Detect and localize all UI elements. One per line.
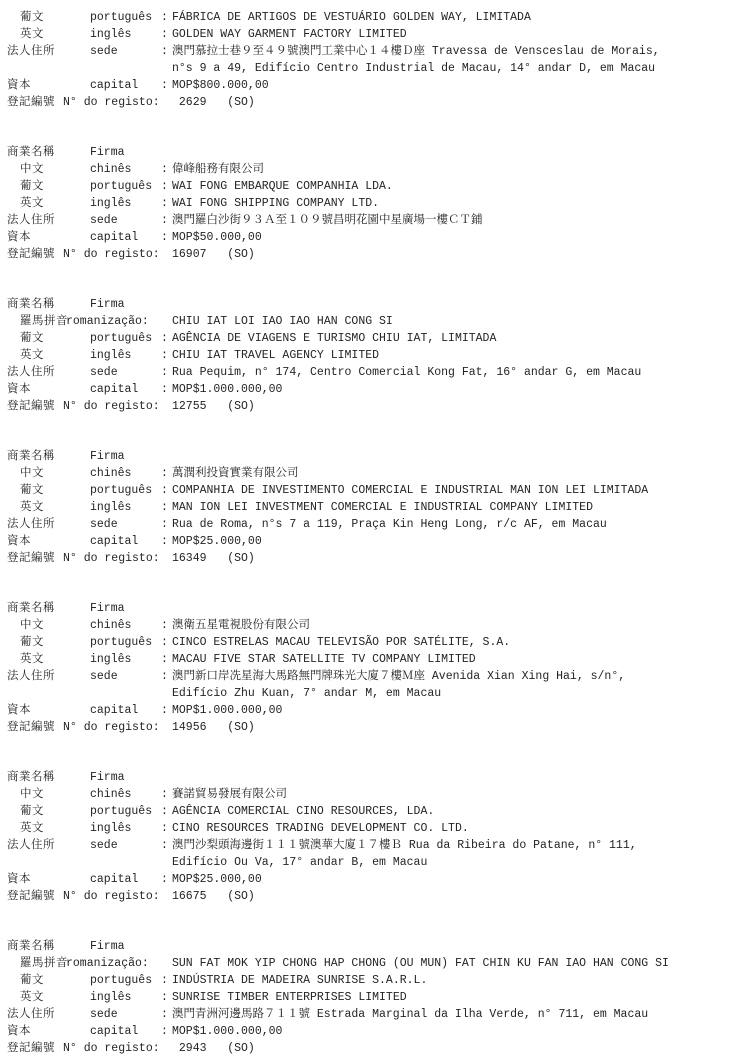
row-capital: 資本capital:MOP$1.000.000,00: [0, 702, 736, 719]
colon-separator: :: [161, 364, 168, 381]
row-ingles: 英文inglês:MAN ION LEI INVESTMENT COMERCIA…: [0, 499, 736, 516]
field-label-zh: 登記編號: [7, 550, 55, 567]
colon-separator: :: [161, 381, 168, 398]
field-value: 2943 (SO): [172, 1040, 736, 1057]
row-firma: 商業名稱Firma: [0, 144, 736, 161]
colon-separator: :: [161, 651, 168, 668]
field-value: COMPANHIA DE INVESTIMENTO COMERCIAL E IN…: [172, 482, 736, 499]
field-label-pt: chinês: [90, 161, 131, 178]
colon-separator: :: [161, 617, 168, 634]
row-portugues: 葡文português:INDÚSTRIA DE MADEIRA SUNRISE…: [0, 972, 736, 989]
field-value: 澳門沙梨頭海邊街１１１號澳華大廈１７樓Ｂ Rua da Ribeira do P…: [172, 837, 736, 871]
field-label-pt: inglês: [90, 989, 131, 1006]
colon-separator: :: [161, 161, 168, 178]
row-firma: 商業名稱Firma: [0, 769, 736, 786]
row-sede: 法人住所sede:澳門新口岸冼星海大馬路無門牌珠光大廈７樓Ｍ座 Avenida …: [0, 668, 736, 702]
field-label-zh: 英文: [20, 26, 44, 43]
field-value: 賽諾貿易發展有限公司: [172, 786, 736, 803]
field-label-pt: inglês: [90, 26, 131, 43]
field-label-zh: 法人住所: [7, 668, 55, 685]
row-registo: 登記編號N° do registo: 2943 (SO): [0, 1040, 736, 1057]
row-ingles: 英文inglês:CHIU IAT TRAVEL AGENCY LIMITED: [0, 347, 736, 364]
field-value: CINCO ESTRELAS MACAU TELEVISÃO POR SATÉL…: [172, 634, 736, 651]
field-label-zh: 英文: [20, 499, 44, 516]
field-value: AGÊNCIA COMERCIAL CINO RESOURCES, LDA.: [172, 803, 736, 820]
field-label-zh: 法人住所: [7, 1006, 55, 1023]
row-chines: 中文chinês:賽諾貿易發展有限公司: [0, 786, 736, 803]
colon-separator: :: [161, 533, 168, 550]
field-label-zh: 商業名稱: [7, 448, 55, 465]
field-label-zh: 英文: [20, 347, 44, 364]
field-label-zh: 葡文: [20, 330, 44, 347]
field-label-pt: sede: [90, 43, 118, 60]
field-label-zh: 商業名稱: [7, 938, 55, 955]
field-value: WAI FONG SHIPPING COMPANY LTD.: [172, 195, 736, 212]
field-value: Rua Pequim, n° 174, Centro Comercial Kon…: [172, 364, 736, 381]
field-value: MOP$1.000.000,00: [172, 381, 736, 398]
field-label-pt: português: [90, 482, 152, 499]
row-ingles: 英文inglês:GOLDEN WAY GARMENT FACTORY LIMI…: [0, 26, 736, 43]
field-label-zh: 英文: [20, 195, 44, 212]
field-value: AGÊNCIA DE VIAGENS E TURISMO CHIU IAT, L…: [172, 330, 736, 347]
field-label-zh: 登記編號: [7, 246, 55, 263]
field-label-pt: Firma: [90, 938, 125, 955]
field-value: Rua de Roma, n°s 7 a 119, Praça Kin Heng…: [172, 516, 736, 533]
field-label-pt: português: [90, 330, 152, 347]
field-value: CHIU IAT LOI IAO IAO HAN CONG SI: [172, 313, 736, 330]
field-value: 澳衛五星電視股份有限公司: [172, 617, 736, 634]
row-ingles: 英文inglês:WAI FONG SHIPPING COMPANY LTD.: [0, 195, 736, 212]
row-firma: 商業名稱Firma: [0, 448, 736, 465]
company-record: 商業名稱Firma羅馬拼音romanização:SUN FAT MOK YIP…: [0, 938, 736, 1057]
field-label-pt: Firma: [90, 769, 125, 786]
colon-separator: :: [161, 820, 168, 837]
row-chines: 中文chinês:萬潤利投資實業有限公司: [0, 465, 736, 482]
field-label-zh: 登記編號: [7, 719, 55, 736]
field-label-pt: N° do registo:: [63, 719, 160, 736]
field-value: MOP$25.000,00: [172, 533, 736, 550]
field-value: CHIU IAT TRAVEL AGENCY LIMITED: [172, 347, 736, 364]
field-label-pt: capital: [90, 1023, 138, 1040]
colon-separator: :: [161, 77, 168, 94]
field-label-pt: português: [90, 634, 152, 651]
field-label-pt: inglês: [90, 195, 131, 212]
colon-separator: :: [161, 1006, 168, 1023]
company-record: 商業名稱Firma羅馬拼音romanização:CHIU IAT LOI IA…: [0, 296, 736, 415]
colon-separator: :: [161, 989, 168, 1006]
field-label-pt: capital: [90, 702, 138, 719]
field-value: 12755 (SO): [172, 398, 736, 415]
field-value: 16675 (SO): [172, 888, 736, 905]
field-label-zh: 葡文: [20, 178, 44, 195]
field-label-zh: 中文: [20, 465, 44, 482]
row-sede: 法人住所sede:Rua de Roma, n°s 7 a 119, Praça…: [0, 516, 736, 533]
field-label-zh: 葡文: [20, 972, 44, 989]
field-value: MAN ION LEI INVESTMENT COMERCIAL E INDUS…: [172, 499, 736, 516]
colon-separator: :: [161, 212, 168, 229]
row-registo: 登記編號N° do registo:16675 (SO): [0, 888, 736, 905]
field-value: INDÚSTRIA DE MADEIRA SUNRISE S.A.R.L.: [172, 972, 736, 989]
colon-separator: :: [161, 465, 168, 482]
row-registo: 登記編號N° do registo: 2629 (SO): [0, 94, 736, 111]
field-label-zh: 羅馬拼音: [20, 955, 68, 972]
field-label-pt: sede: [90, 1006, 118, 1023]
field-label-zh: 葡文: [20, 482, 44, 499]
colon-separator: :: [161, 330, 168, 347]
field-value: MOP$25.000,00: [172, 871, 736, 888]
field-label-zh: 葡文: [20, 9, 44, 26]
field-value: MOP$800.000,00: [172, 77, 736, 94]
field-label-pt: inglês: [90, 347, 131, 364]
field-label-zh: 法人住所: [7, 516, 55, 533]
field-label-zh: 法人住所: [7, 43, 55, 60]
field-label-zh: 登記編號: [7, 888, 55, 905]
field-label-pt: Firma: [90, 448, 125, 465]
row-portugues: 葡文português:WAI FONG EMBARQUE COMPANHIA …: [0, 178, 736, 195]
field-label-pt: português: [90, 972, 152, 989]
field-value: MOP$1.000.000,00: [172, 702, 736, 719]
field-label-zh: 法人住所: [7, 212, 55, 229]
row-firma: 商業名稱Firma: [0, 938, 736, 955]
field-value: MOP$1.000.000,00: [172, 1023, 736, 1040]
company-record: 商業名稱Firma中文chinês:賽諾貿易發展有限公司葡文português:…: [0, 769, 736, 905]
row-sede: 法人住所sede:澳門慕拉士巷９至４９號澳門工業中心１４樓Ｄ座 Travessa…: [0, 43, 736, 77]
colon-separator: :: [161, 482, 168, 499]
colon-separator: :: [161, 178, 168, 195]
field-value: MACAU FIVE STAR SATELLITE TV COMPANY LIM…: [172, 651, 736, 668]
field-label-zh: 商業名稱: [7, 144, 55, 161]
field-label-pt: chinês: [90, 465, 131, 482]
field-label-zh: 英文: [20, 820, 44, 837]
field-label-pt: português: [90, 178, 152, 195]
row-ingles: 英文inglês:CINO RESOURCES TRADING DEVELOPM…: [0, 820, 736, 837]
field-label-pt: Firma: [90, 144, 125, 161]
field-label-zh: 資本: [7, 702, 31, 719]
field-label-pt: chinês: [90, 617, 131, 634]
field-label-pt: N° do registo:: [63, 398, 160, 415]
row-portugues: 葡文português:FÁBRICA DE ARTIGOS DE VESTUÁ…: [0, 9, 736, 26]
field-value: 2629 (SO): [172, 94, 736, 111]
row-sede: 法人住所sede:澳門沙梨頭海邊街１１１號澳華大廈１７樓Ｂ Rua da Rib…: [0, 837, 736, 871]
field-value: 澳門新口岸冼星海大馬路無門牌珠光大廈７樓Ｍ座 Avenida Xian Xing…: [172, 668, 736, 702]
row-ingles: 英文inglês:MACAU FIVE STAR SATELLITE TV CO…: [0, 651, 736, 668]
colon-separator: :: [161, 9, 168, 26]
field-label-pt: sede: [90, 364, 118, 381]
row-capital: 資本capital:MOP$25.000,00: [0, 871, 736, 888]
field-label-zh: 葡文: [20, 803, 44, 820]
field-value: 偉峰船務有限公司: [172, 161, 736, 178]
field-label-zh: 登記編號: [7, 1040, 55, 1057]
field-label-zh: 商業名稱: [7, 600, 55, 617]
colon-separator: :: [161, 195, 168, 212]
field-value: SUNRISE TIMBER ENTERPRISES LIMITED: [172, 989, 736, 1006]
colon-separator: :: [161, 786, 168, 803]
field-label-zh: 英文: [20, 989, 44, 1006]
row-romanizacao: 羅馬拼音romanização:SUN FAT MOK YIP CHONG HA…: [0, 955, 736, 972]
field-label-zh: 登記編號: [7, 398, 55, 415]
field-label-zh: 中文: [20, 161, 44, 178]
colon-separator: :: [161, 871, 168, 888]
colon-separator: :: [161, 347, 168, 364]
field-label-pt: sede: [90, 668, 118, 685]
row-capital: 資本capital:MOP$1.000.000,00: [0, 381, 736, 398]
field-value: 14956 (SO): [172, 719, 736, 736]
field-label-zh: 資本: [7, 381, 31, 398]
company-record: 商業名稱Firma中文chinês:偉峰船務有限公司葡文português:WA…: [0, 144, 736, 263]
field-label-pt: sede: [90, 516, 118, 533]
row-chines: 中文chinês:澳衛五星電視股份有限公司: [0, 617, 736, 634]
field-label-zh: 葡文: [20, 634, 44, 651]
field-value: 16349 (SO): [172, 550, 736, 567]
row-portugues: 葡文português:AGÊNCIA DE VIAGENS E TURISMO…: [0, 330, 736, 347]
field-label-pt: Firma: [90, 600, 125, 617]
field-label-zh: 資本: [7, 533, 31, 550]
field-label-pt: Firma: [90, 296, 125, 313]
colon-separator: :: [161, 972, 168, 989]
field-label-zh: 資本: [7, 1023, 31, 1040]
company-record: 商業名稱Firma中文chinês:萬潤利投資實業有限公司葡文português…: [0, 448, 736, 567]
field-label-pt: N° do registo:: [63, 94, 160, 111]
field-label-zh: 登記編號: [7, 94, 55, 111]
field-label-zh: 商業名稱: [7, 769, 55, 786]
field-value: 16907 (SO): [172, 246, 736, 263]
field-label-pt: chinês: [90, 786, 131, 803]
field-label-zh: 英文: [20, 651, 44, 668]
field-label-zh: 法人住所: [7, 837, 55, 854]
field-label-pt: português: [90, 803, 152, 820]
row-capital: 資本capital:MOP$1.000.000,00: [0, 1023, 736, 1040]
gazette-page: 葡文português:FÁBRICA DE ARTIGOS DE VESTUÁ…: [0, 0, 736, 1057]
field-label-pt: inglês: [90, 820, 131, 837]
field-value: CINO RESOURCES TRADING DEVELOPMENT CO. L…: [172, 820, 736, 837]
colon-separator: :: [161, 499, 168, 516]
company-record: 葡文português:FÁBRICA DE ARTIGOS DE VESTUÁ…: [0, 9, 736, 111]
field-value: GOLDEN WAY GARMENT FACTORY LIMITED: [172, 26, 736, 43]
field-value: WAI FONG EMBARQUE COMPANHIA LDA.: [172, 178, 736, 195]
field-label-pt: capital: [90, 77, 138, 94]
row-firma: 商業名稱Firma: [0, 296, 736, 313]
field-label-pt: capital: [90, 871, 138, 888]
field-label-pt: capital: [90, 533, 138, 550]
field-label-pt: inglês: [90, 651, 131, 668]
field-label-pt: capital: [90, 381, 138, 398]
colon-separator: :: [161, 837, 168, 854]
row-sede: 法人住所sede:澳門青洲河邊馬路７１１號 Estrada Marginal d…: [0, 1006, 736, 1023]
row-chines: 中文chinês:偉峰船務有限公司: [0, 161, 736, 178]
field-label-zh: 羅馬拼音: [20, 313, 68, 330]
colon-separator: :: [161, 634, 168, 651]
field-label-pt: sede: [90, 212, 118, 229]
field-label-pt: capital: [90, 229, 138, 246]
row-portugues: 葡文português:CINCO ESTRELAS MACAU TELEVIS…: [0, 634, 736, 651]
row-capital: 資本capital:MOP$50.000,00: [0, 229, 736, 246]
field-value: 澳門慕拉士巷９至４９號澳門工業中心１４樓Ｄ座 Travessa de Vensc…: [172, 43, 736, 77]
field-label-pt: N° do registo:: [63, 1040, 160, 1057]
field-label-pt: português: [90, 9, 152, 26]
row-sede: 法人住所sede:Rua Pequim, n° 174, Centro Come…: [0, 364, 736, 381]
row-portugues: 葡文português:COMPANHIA DE INVESTIMENTO CO…: [0, 482, 736, 499]
colon-separator: :: [161, 702, 168, 719]
row-sede: 法人住所sede:澳門羅白沙街９３Ａ至１０９號昌明花園中星廣場一樓ＣＴ鋪: [0, 212, 736, 229]
row-capital: 資本capital:MOP$25.000,00: [0, 533, 736, 550]
field-label-pt: romanização:: [66, 955, 149, 972]
field-label-zh: 資本: [7, 871, 31, 888]
field-label-pt: inglês: [90, 499, 131, 516]
row-capital: 資本capital:MOP$800.000,00: [0, 77, 736, 94]
row-registo: 登記編號N° do registo:16907 (SO): [0, 246, 736, 263]
row-registo: 登記編號N° do registo:16349 (SO): [0, 550, 736, 567]
field-label-zh: 中文: [20, 617, 44, 634]
field-value: MOP$50.000,00: [172, 229, 736, 246]
field-value: SUN FAT MOK YIP CHONG HAP CHONG (OU MUN)…: [172, 955, 736, 972]
row-registo: 登記編號N° do registo:14956 (SO): [0, 719, 736, 736]
field-label-zh: 法人住所: [7, 364, 55, 381]
colon-separator: :: [161, 43, 168, 60]
field-label-pt: N° do registo:: [63, 888, 160, 905]
field-value: 萬潤利投資實業有限公司: [172, 465, 736, 482]
colon-separator: :: [161, 803, 168, 820]
colon-separator: :: [161, 516, 168, 533]
field-value: 澳門青洲河邊馬路７１１號 Estrada Marginal da Ilha Ve…: [172, 1006, 736, 1023]
field-label-zh: 商業名稱: [7, 296, 55, 313]
row-firma: 商業名稱Firma: [0, 600, 736, 617]
field-label-pt: romanização:: [66, 313, 149, 330]
row-romanizacao: 羅馬拼音romanização:CHIU IAT LOI IAO IAO HAN…: [0, 313, 736, 330]
row-portugues: 葡文português:AGÊNCIA COMERCIAL CINO RESOU…: [0, 803, 736, 820]
field-label-pt: N° do registo:: [63, 550, 160, 567]
colon-separator: :: [161, 229, 168, 246]
colon-separator: :: [161, 26, 168, 43]
field-label-zh: 資本: [7, 229, 31, 246]
field-label-pt: N° do registo:: [63, 246, 160, 263]
field-label-zh: 資本: [7, 77, 31, 94]
field-value: 澳門羅白沙街９３Ａ至１０９號昌明花園中星廣場一樓ＣＴ鋪: [172, 212, 736, 229]
company-record: 商業名稱Firma中文chinês:澳衛五星電視股份有限公司葡文portuguê…: [0, 600, 736, 736]
field-value: FÁBRICA DE ARTIGOS DE VESTUÁRIO GOLDEN W…: [172, 9, 736, 26]
row-registo: 登記編號N° do registo:12755 (SO): [0, 398, 736, 415]
row-ingles: 英文inglês:SUNRISE TIMBER ENTERPRISES LIMI…: [0, 989, 736, 1006]
colon-separator: :: [161, 1023, 168, 1040]
field-label-zh: 中文: [20, 786, 44, 803]
colon-separator: :: [161, 668, 168, 685]
field-label-pt: sede: [90, 837, 118, 854]
